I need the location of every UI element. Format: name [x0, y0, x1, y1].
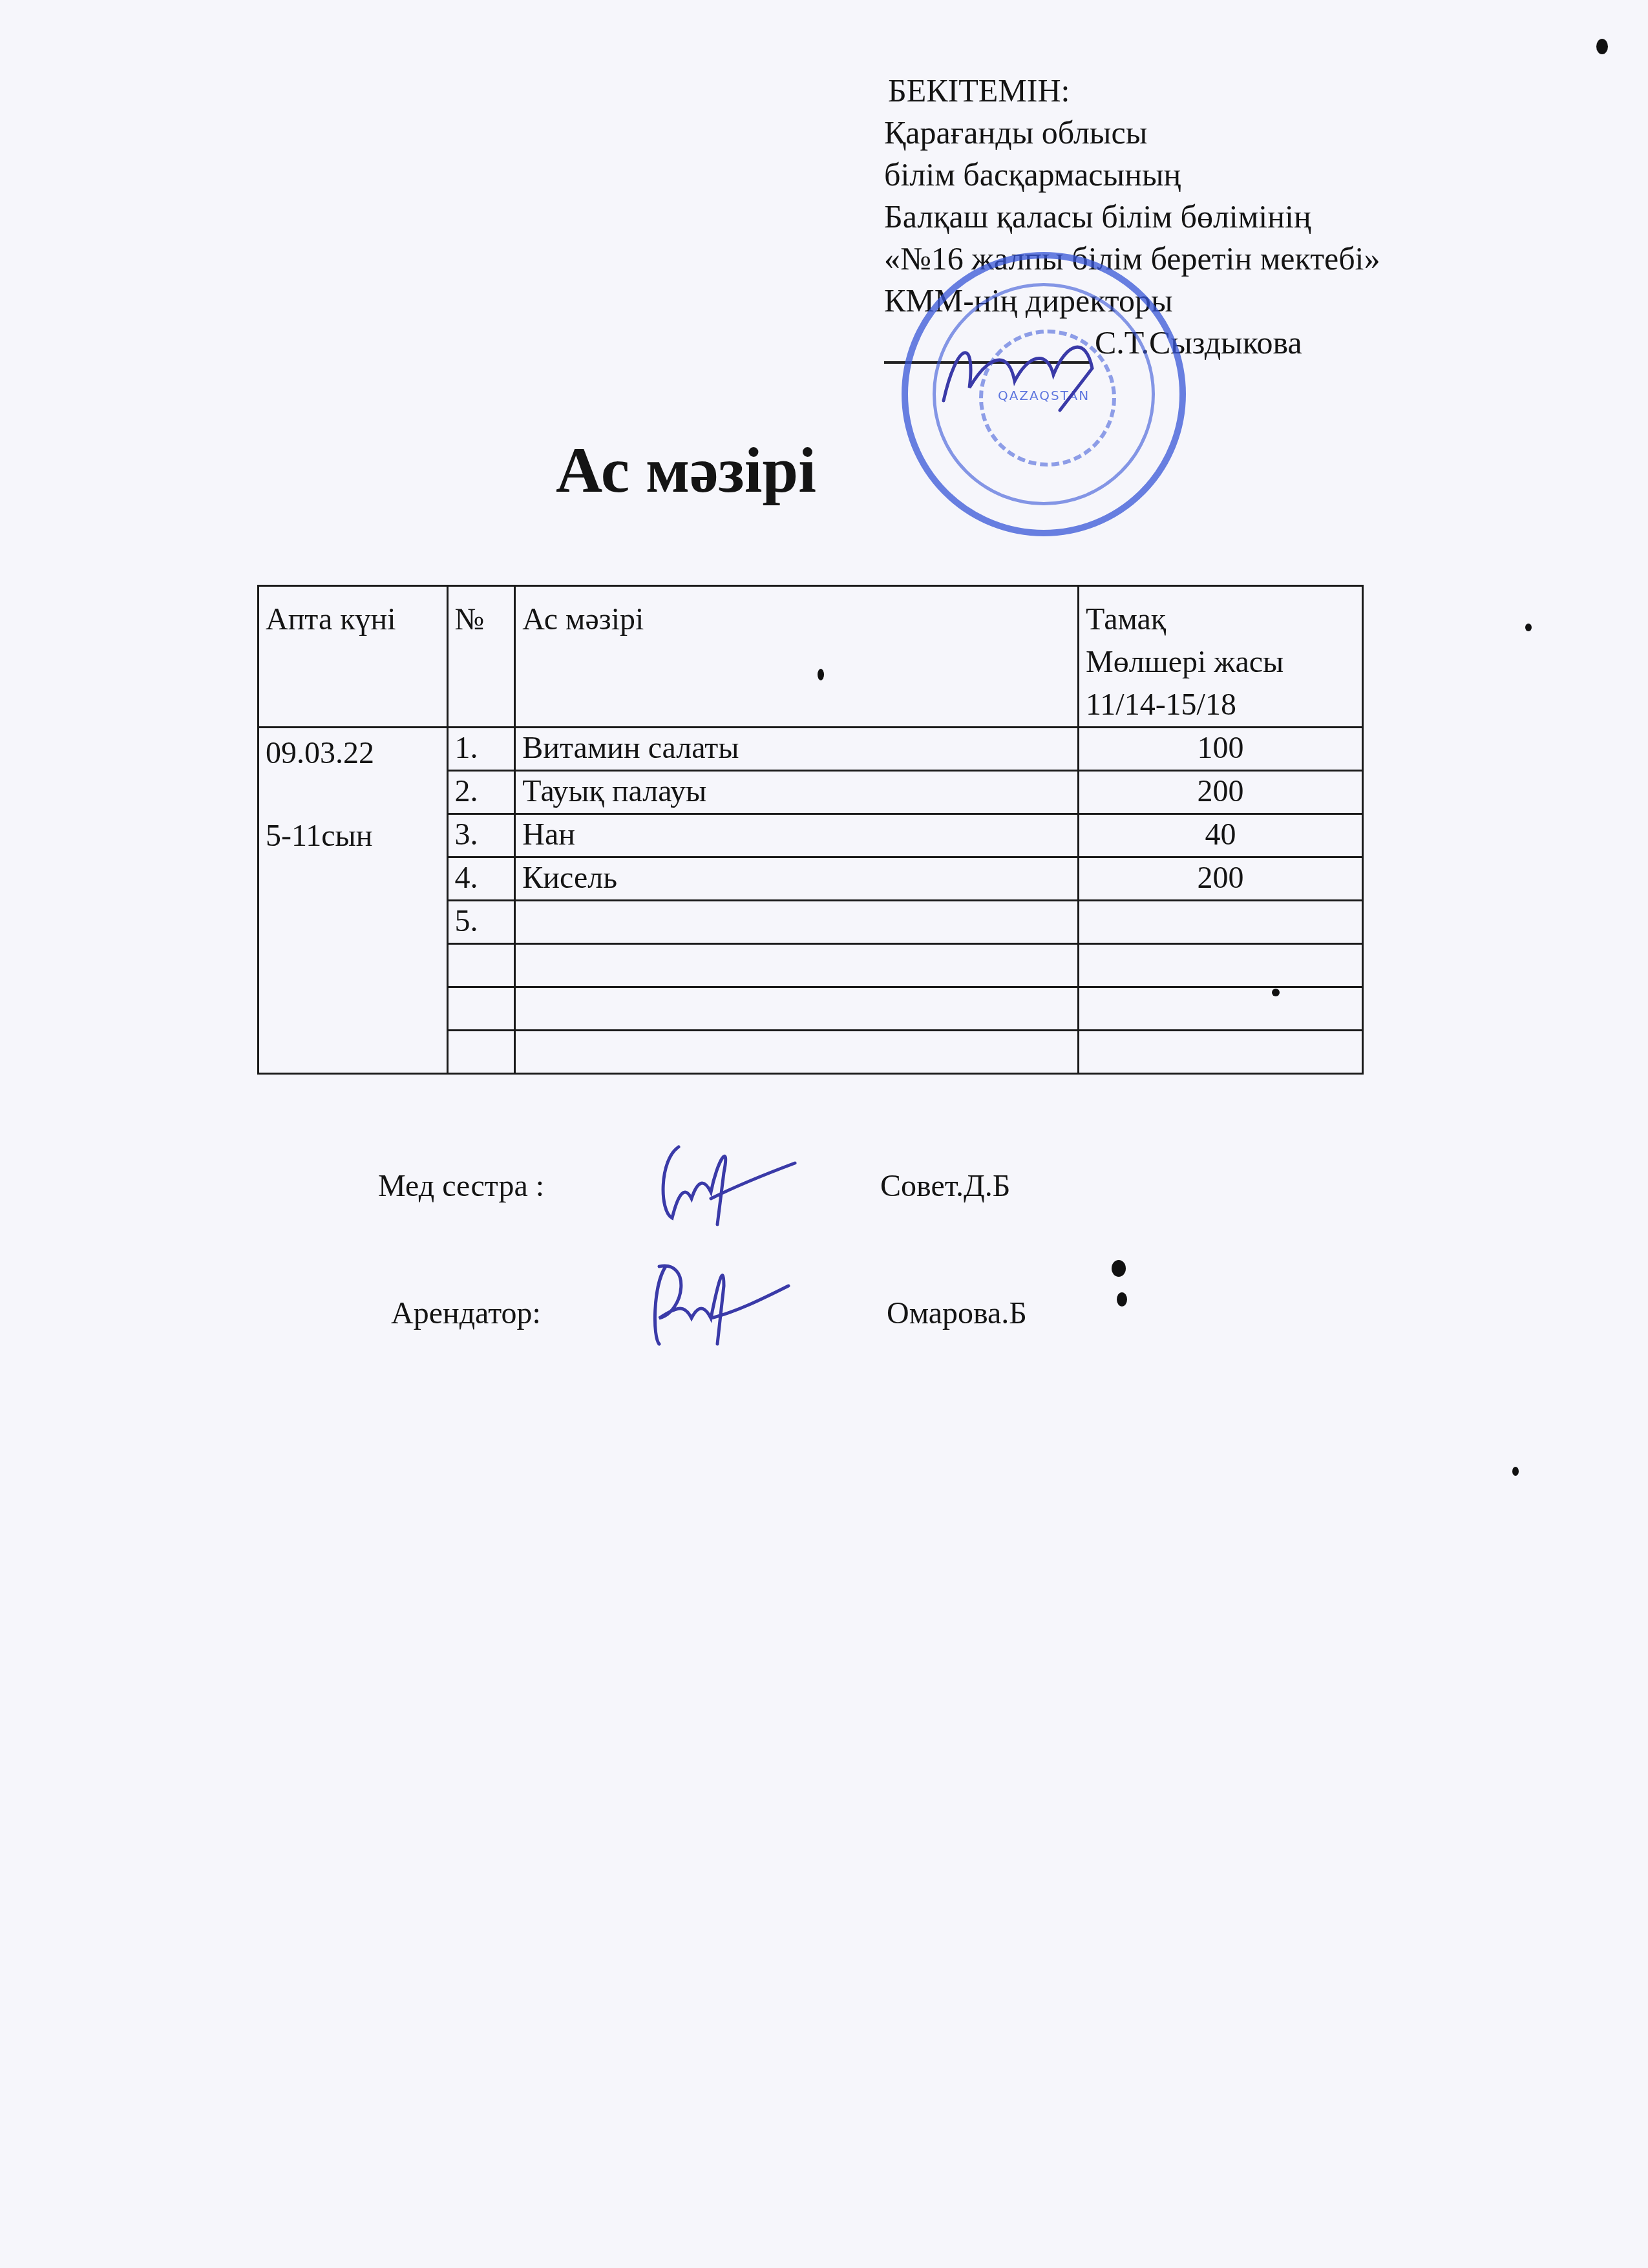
- header-menu: Ас мәзірі: [515, 586, 1079, 728]
- row-number: [447, 987, 515, 1031]
- dish-name: [515, 1031, 1079, 1074]
- dish-name: [515, 987, 1079, 1031]
- row-number: [447, 1031, 515, 1074]
- header-day: Апта күні: [259, 586, 448, 728]
- dish-name: Кисель: [515, 857, 1079, 901]
- dish-name: Витамин салаты: [515, 728, 1079, 771]
- tenant-signature: [640, 1247, 801, 1350]
- approval-line: «№16 жалпы білім беретін мектебі»: [884, 238, 1380, 280]
- day-cell: 09.03.22 5-11сын: [259, 728, 448, 1074]
- nurse-role: Мед сестра :: [378, 1168, 544, 1204]
- row-number: [447, 944, 515, 987]
- dish-name: [515, 901, 1079, 944]
- header-amount: Тамақ Мөлшері жасы 11/14-15/18: [1079, 586, 1363, 728]
- dish-amount: 100: [1079, 728, 1363, 771]
- dish-amount: 40: [1079, 814, 1363, 857]
- tenant-role: Арендатор:: [391, 1296, 541, 1331]
- dish-amount: 200: [1079, 771, 1363, 814]
- scan-speck: [1512, 1467, 1519, 1476]
- director-signature: [931, 330, 1125, 414]
- dish-name: Тауық палауы: [515, 771, 1079, 814]
- header-amount-line: Мөлшері жасы: [1086, 641, 1355, 684]
- row-number: 2.: [447, 771, 515, 814]
- tenant-name: Омарова.Б: [887, 1296, 1027, 1331]
- approval-line: Қарағанды облысы: [884, 112, 1380, 154]
- header-amount-line: 11/14-15/18: [1086, 684, 1355, 726]
- dish-amount: [1079, 944, 1363, 987]
- grade-range: 5-11сын: [266, 816, 440, 856]
- dish-amount: [1079, 901, 1363, 944]
- scan-speck: [1272, 989, 1280, 996]
- scan-speck: [818, 669, 824, 680]
- scan-speck: [1112, 1260, 1126, 1277]
- scan-speck: [1117, 1292, 1127, 1307]
- approval-line: білім басқармасының: [884, 154, 1380, 196]
- dish-amount: [1079, 1031, 1363, 1074]
- scan-speck: [1525, 624, 1532, 631]
- dish-name: [515, 944, 1079, 987]
- approval-heading: БЕКІТЕМІН:: [888, 70, 1380, 112]
- page-title: Ас мәзірі: [556, 433, 816, 507]
- scan-speck: [1596, 39, 1608, 54]
- nurse-signature: [653, 1134, 808, 1231]
- row-number: 1.: [447, 728, 515, 771]
- approval-line: Балқаш қаласы білім бөлімінің: [884, 196, 1380, 238]
- header-amount-line: Тамақ: [1086, 598, 1355, 641]
- row-number: 5.: [447, 901, 515, 944]
- row-number: 4.: [447, 857, 515, 901]
- nurse-name: Совет.Д.Б: [880, 1168, 1010, 1204]
- table-row: 09.03.22 5-11сын 1. Витамин салаты 100: [259, 728, 1363, 771]
- menu-table: Апта күні № Ас мәзірі Тамақ Мөлшері жасы…: [257, 585, 1364, 1075]
- dish-name: Нан: [515, 814, 1079, 857]
- header-number: №: [447, 586, 515, 728]
- dish-amount: 200: [1079, 857, 1363, 901]
- dish-amount: [1079, 987, 1363, 1031]
- table-header-row: Апта күні № Ас мәзірі Тамақ Мөлшері жасы…: [259, 586, 1363, 728]
- row-number: 3.: [447, 814, 515, 857]
- menu-date: 09.03.22: [266, 733, 440, 773]
